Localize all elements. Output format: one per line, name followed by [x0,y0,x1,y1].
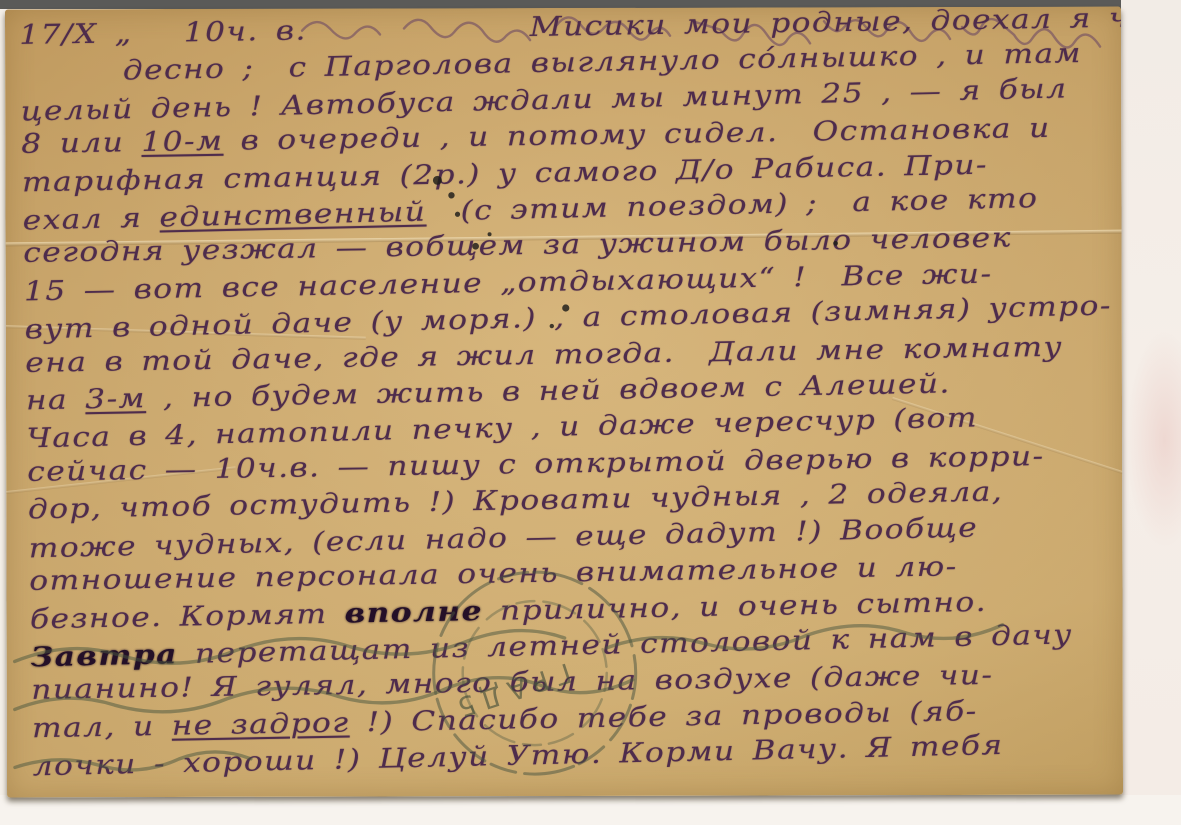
postcard: 17/X „ 10ч. в. Мисики мои родные, доехал… [5,7,1123,798]
handwriting-block: 17/X „ 10ч. в. Мисики мои родные, доехал… [19,7,1123,784]
scan-pink-smudge [1126,330,1181,550]
scan-background-bottom [0,795,1181,825]
